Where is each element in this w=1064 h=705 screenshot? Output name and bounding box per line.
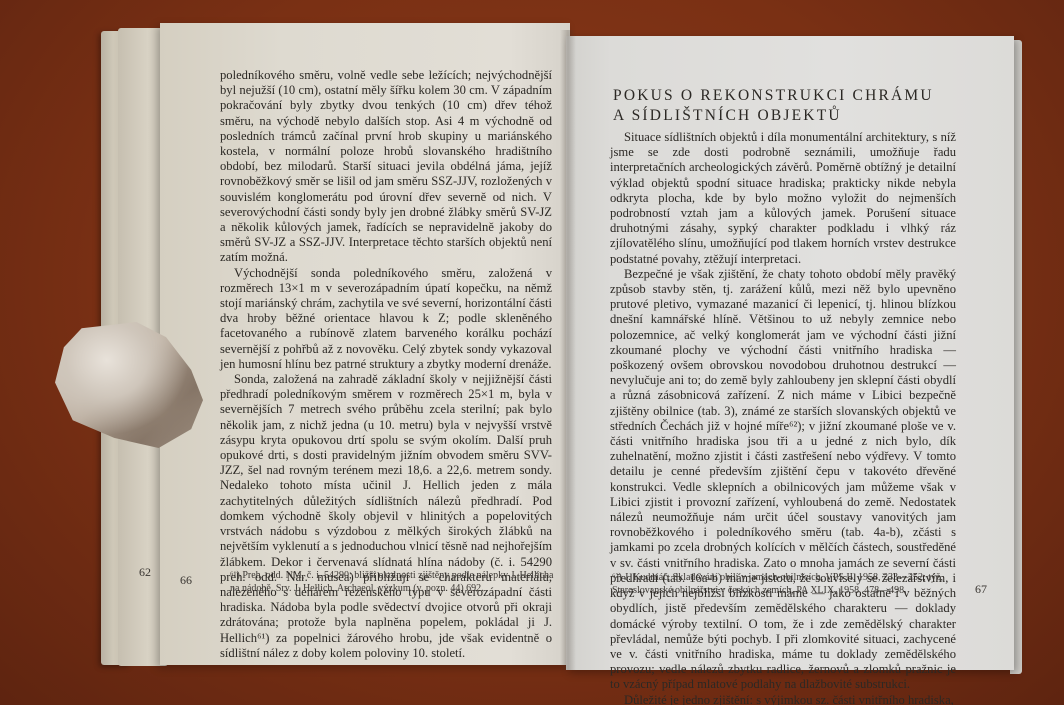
chapter-title-line-2: A SÍDLIŠTNÍCH OBJEKTŮ <box>613 106 943 126</box>
right-footnote: ⁶²) J. Kudrnáč, Skladování obilí v jamác… <box>612 571 952 597</box>
underlying-page-number: 62 <box>139 565 151 580</box>
right-page-body: Situace sídlištních objektů i díla monum… <box>610 130 956 705</box>
chapter-title: POKUS O REKONSTRUKCI CHRÁMU A SÍDLIŠTNÍC… <box>613 86 943 126</box>
left-paragraph-1: poledníkového směru, volně vedle sebe le… <box>220 68 552 266</box>
left-page-number: 66 <box>180 573 192 588</box>
chapter-title-line-1: POKUS O REKONSTRUKCI CHRÁMU <box>613 86 943 106</box>
left-paragraph-3: Sonda, založená na zahradě základní škol… <box>220 372 552 661</box>
left-footnote: ⁶¹) Preh. odd. NM, č. i. 54290; bližší o… <box>230 569 560 595</box>
right-paragraph-3: Důležité je jedno zjištění: s výjimkou s… <box>610 693 956 705</box>
book-gutter <box>560 30 576 670</box>
right-page-number: 67 <box>975 582 987 597</box>
right-paragraph-2: Bezpečné je však zjištění, že chaty toho… <box>610 267 956 693</box>
left-paragraph-2: Východnější sonda poledníkového směru, z… <box>220 266 552 372</box>
right-paragraph-1: Situace sídlištních objektů i díla monum… <box>610 130 956 267</box>
